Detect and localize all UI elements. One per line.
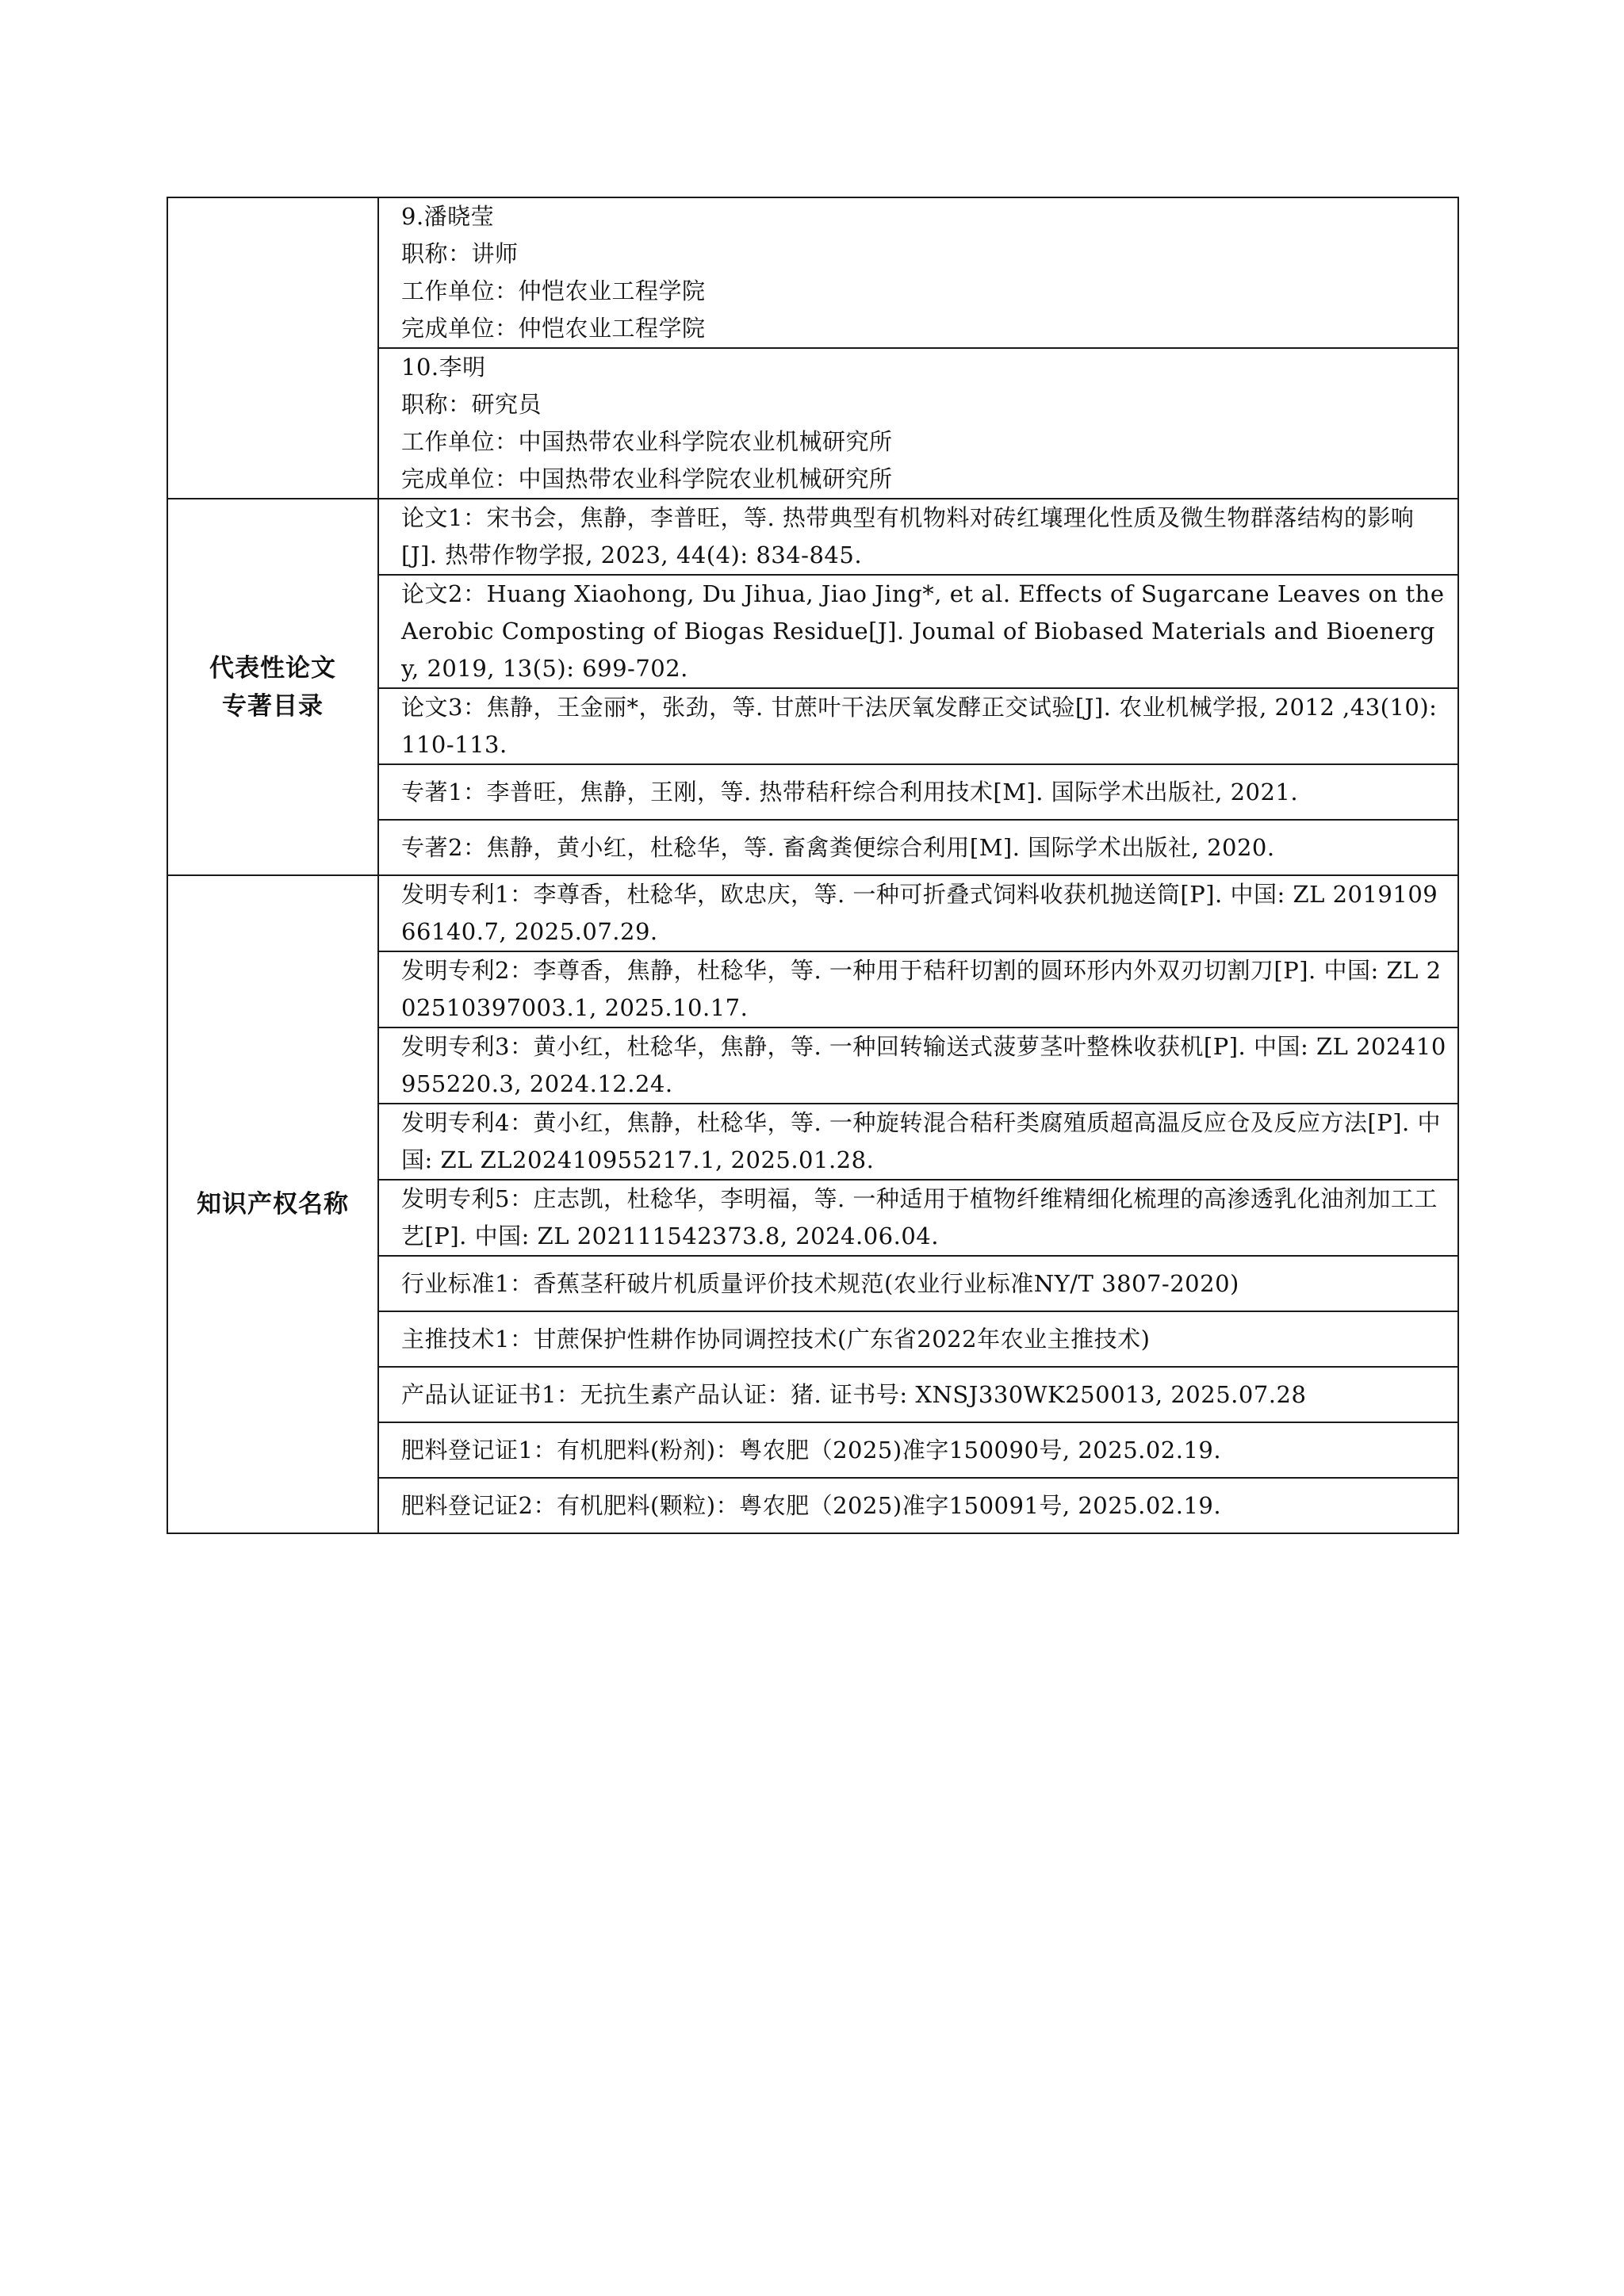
member-completion-unit: 完成单位：仲恺农业工程学院 xyxy=(401,310,1446,347)
ip-item: 主推技术1：甘蔗保护性耕作协同调控技术(广东省2022年农业主推技术) xyxy=(378,1311,1458,1367)
member-cell-10: 10.李明 职称：研究员 工作单位：中国热带农业科学院农业机械研究所 完成单位：… xyxy=(378,348,1458,499)
ip-item: 发明专利4：黄小红，焦静，杜稔华，等. 一种旋转混合秸秆类腐殖质超高温反应仓及反… xyxy=(378,1104,1458,1180)
publication-item: 论文2：Huang Xiaohong, Du Jihua, Jiao Jing*… xyxy=(378,575,1458,688)
member-cell-9: 9.潘晓莹 职称：讲师 工作单位：仲恺农业工程学院 完成单位：仲恺农业工程学院 xyxy=(378,197,1458,348)
ip-row: 知识产权名称 发明专利1：李尊香，杜稔华，欧忠庆，等. 一种可折叠式饲料收获机抛… xyxy=(167,875,1458,951)
ip-header: 知识产权名称 xyxy=(197,1190,349,1219)
ip-item: 肥料登记证1：有机肥料(粉剂)：粤农肥（2025)准字150090号, 2025… xyxy=(378,1422,1458,1478)
member-name: 10.李明 xyxy=(401,349,1446,386)
publication-item: 论文1：宋书会，焦静，李普旺，等. 热带典型有机物料对砖红壤理化性质及微生物群落… xyxy=(378,499,1458,575)
member-title: 职称：讲师 xyxy=(401,235,1446,273)
publications-header-line2: 专著目录 xyxy=(168,687,377,725)
ip-item: 产品认证证书1：无抗生素产品认证：猪. 证书号: XNSJ330WK250013… xyxy=(378,1367,1458,1422)
publication-item: 专著1：李普旺，焦静，王刚，等. 热带秸秆综合利用技术[M]. 国际学术出版社,… xyxy=(378,764,1458,820)
member-completion-unit: 完成单位：中国热带农业科学院农业机械研究所 xyxy=(401,461,1446,498)
ip-header-cell: 知识产权名称 xyxy=(167,875,378,1533)
member-row: 9.潘晓莹 职称：讲师 工作单位：仲恺农业工程学院 完成单位：仲恺农业工程学院 xyxy=(167,197,1458,348)
member-work-unit: 工作单位：中国热带农业科学院农业机械研究所 xyxy=(401,423,1446,461)
publication-item: 专著2：焦静，黄小红，杜稔华，等. 畜禽粪便综合利用[M]. 国际学术出版社, … xyxy=(378,820,1458,875)
member-title: 职称：研究员 xyxy=(401,386,1446,423)
publications-header-cell: 代表性论文 专著目录 xyxy=(167,499,378,875)
publication-item: 论文3：焦静，王金丽*，张劲，等. 甘蔗叶干法厌氧发酵正交试验[J]. 农业机械… xyxy=(378,688,1458,764)
ip-item: 肥料登记证2：有机肥料(颗粒)：粤农肥（2025)准字150091号, 2025… xyxy=(378,1478,1458,1533)
ip-item: 发明专利2：李尊香，焦静，杜稔华，等. 一种用于秸秆切割的圆环形内外双刃切割刀[… xyxy=(378,951,1458,1027)
publication-row: 代表性论文 专著目录 论文1：宋书会，焦静，李普旺，等. 热带典型有机物料对砖红… xyxy=(167,499,1458,575)
member-work-unit: 工作单位：仲恺农业工程学院 xyxy=(401,273,1446,310)
ip-item: 行业标准1：香蕉茎秆破片机质量评价技术规范(农业行业标准NY/T 3807-20… xyxy=(378,1256,1458,1311)
ip-item: 发明专利3：黄小红，杜稔华，焦静，等. 一种回转输送式菠萝茎叶整株收获机[P].… xyxy=(378,1027,1458,1104)
member-name: 9.潘晓莹 xyxy=(401,198,1446,235)
publications-header-line1: 代表性论文 xyxy=(168,649,377,687)
ip-item: 发明专利5：庄志凯，杜稔华，李明福，等. 一种适用于植物纤维精细化梳理的高渗透乳… xyxy=(378,1180,1458,1256)
achievement-table: 9.潘晓莹 职称：讲师 工作单位：仲恺农业工程学院 完成单位：仲恺农业工程学院 … xyxy=(167,197,1459,1534)
ip-item: 发明专利1：李尊香，杜稔华，欧忠庆，等. 一种可折叠式饲料收获机抛送筒[P]. … xyxy=(378,875,1458,951)
members-header-cell xyxy=(167,197,378,499)
